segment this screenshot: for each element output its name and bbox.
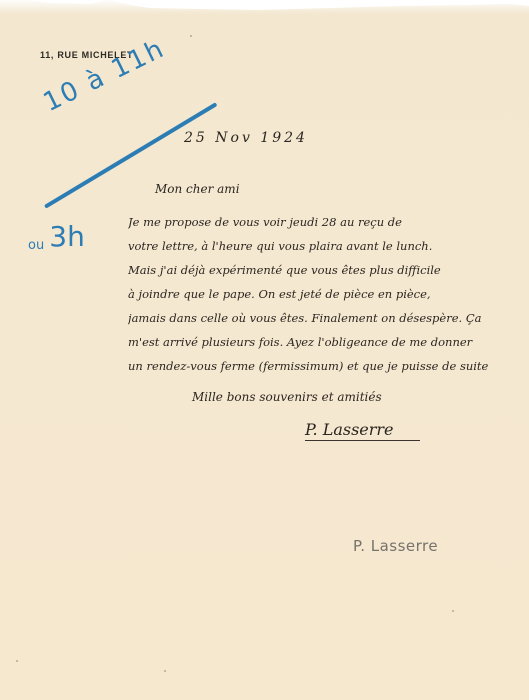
body-line: à joindre que le pape. On est jeté de pi… — [128, 282, 508, 306]
paper-speck — [164, 670, 166, 672]
body-line: Mais j'ai déjà expérimenté que vous êtes… — [128, 258, 508, 282]
blue-annotation-alternative: ou 3h — [28, 220, 85, 253]
archival-pencil-name: P. Lasserre — [353, 537, 438, 555]
body-line: jamais dans celle où vous êtes. Finaleme… — [128, 306, 508, 330]
paper-speck — [16, 660, 18, 662]
body-line: m'est arrivé plusieurs fois. Ayez l'obli… — [128, 330, 508, 354]
paper-speck — [452, 610, 454, 612]
body-line: Je me propose de vous voir jeudi 28 au r… — [128, 210, 508, 234]
blue-annotation-3h: 3h — [49, 220, 85, 253]
paper-speck — [190, 35, 192, 37]
body-line: votre lettre, à l'heure qui vous plaira … — [128, 234, 508, 258]
letter-salutation: Mon cher ami — [155, 182, 240, 196]
letter-date: 25 Nov 1924 — [184, 130, 308, 146]
letter-body: Je me propose de vous voir jeudi 28 au r… — [128, 210, 508, 378]
letter-closing: Mille bons souvenirs et amitiés — [192, 390, 382, 404]
blue-annotation-ou: ou — [28, 238, 44, 253]
body-line: un rendez-vous ferme (fermissimum) et qu… — [128, 354, 508, 378]
letter-signature: P. Lasserre — [305, 420, 420, 441]
